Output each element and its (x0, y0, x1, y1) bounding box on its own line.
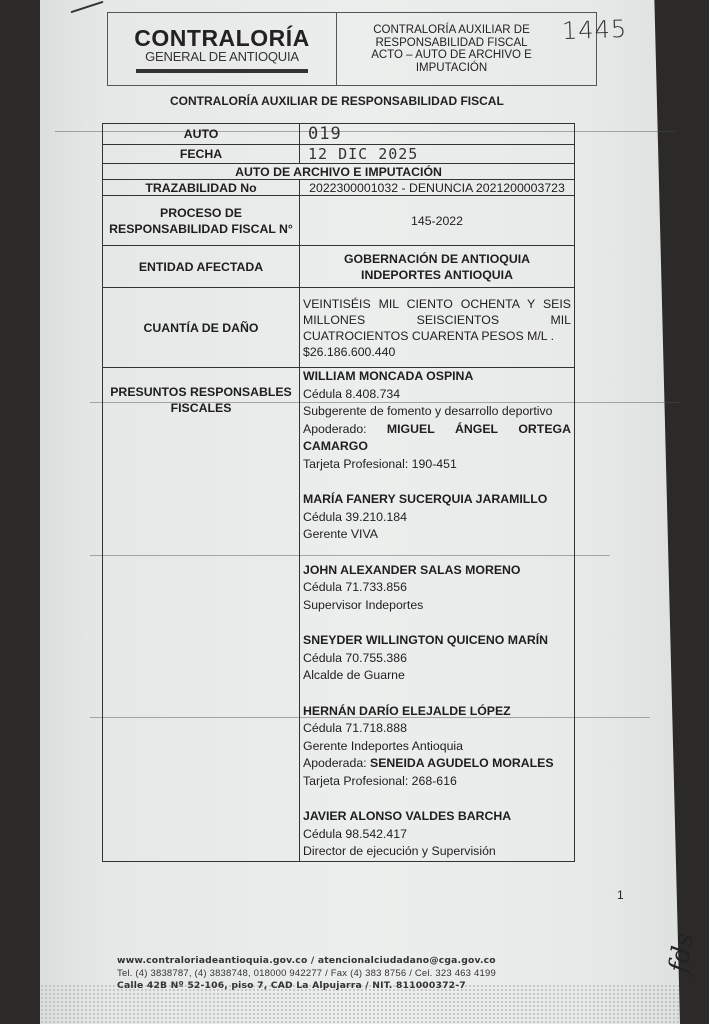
person-entry: WILLIAM MONCADA OSPINA Cédula 8.408.734 … (303, 368, 571, 473)
document-footer: www.contraloriadeantioquia.gov.co / aten… (117, 955, 496, 993)
header-title-line: ACTO – AUTO DE ARCHIVO E (371, 49, 532, 62)
person-entry: HERNÁN DARÍO ELEJALDE LÓPEZ Cédula 71.71… (303, 703, 571, 791)
person-cedula: Cédula 71.733.856 (303, 579, 571, 597)
proceso-label: PROCESO DE RESPONSABILIDAD FISCAL N° (103, 196, 300, 246)
header-title: CONTRALORÍA AUXILIAR DE RESPONSABILIDAD … (337, 13, 596, 85)
presuntos-list: WILLIAM MONCADA OSPINA Cédula 8.408.734 … (300, 368, 575, 862)
handwritten-folio-number: 1445 (562, 15, 628, 45)
footer-web-email: www.contraloriadeantioquia.gov.co / aten… (117, 955, 496, 968)
row-proceso: PROCESO DE RESPONSABILIDAD FISCAL N° 145… (103, 196, 575, 246)
apoderado-name-cont: CAMARGO (303, 438, 571, 456)
person-role: Alcalde de Guarne (303, 667, 571, 685)
person-entry: JOHN ALEXANDER SALAS MORENO Cédula 71.73… (303, 562, 571, 615)
person-tarjeta: Tarjeta Profesional: 268-616 (303, 773, 571, 791)
row-auto: AUTO 019 (103, 124, 575, 145)
person-tarjeta: Tarjeta Profesional: 190-451 (303, 456, 571, 474)
auto-number-stamp: 019 (308, 124, 342, 144)
logo-main-text: CONTRALORÍA (134, 27, 309, 49)
person-entry: JAVIER ALONSO VALDES BARCHA Cédula 98.54… (303, 808, 571, 861)
person-name: JAVIER ALONSO VALDES BARCHA (303, 808, 571, 826)
row-cuantia: CUANTÍA DE DAÑO VEINTISÉIS MIL CIENTO OC… (103, 288, 575, 368)
header-title-line: CONTRALORÍA AUXILIAR DE (373, 24, 530, 37)
person-entry: SNEYDER WILLINGTON QUICENO MARÍN Cédula … (303, 632, 571, 685)
case-info-table: AUTO 019 FECHA 12 DIC 2025 AUTO DE ARCHI… (102, 123, 575, 862)
person-role: Subgerente de fomento y desarrollo depor… (303, 403, 571, 421)
cuantia-text: VEINTISÉIS MIL CIENTO OCHENTA Y SEIS MIL… (303, 297, 571, 343)
person-name: JOHN ALEXANDER SALAS MORENO (303, 562, 571, 580)
apoderado-label: Apoderada: (303, 756, 367, 770)
person-role: Director de ejecución y Supervisión (303, 843, 571, 861)
apoderado-name: SENEIDA AGUDELO MORALES (370, 756, 554, 770)
footer-address: Calle 42B Nº 52-106, piso 7, CAD La Alpu… (117, 980, 496, 993)
logo: CONTRALORÍA GENERAL DE ANTIOQUIA (108, 13, 337, 85)
trazabilidad-value: 2022300001032 - DENUNCIA 2021200003723 (300, 180, 575, 196)
handwritten-signature: fds (664, 931, 700, 975)
header-title-line: RESPONSABILIDAD FISCAL (375, 37, 527, 50)
row-presuntos: PRESUNTOS RESPONSABLES FISCALES WILLIAM … (103, 368, 575, 862)
trazabilidad-label: TRAZABILIDAD No (103, 180, 300, 196)
cuantia-amount: $26.186.600.440 (303, 345, 395, 359)
document-header: CONTRALORÍA GENERAL DE ANTIOQUIA CONTRAL… (107, 12, 597, 86)
row-act-title: AUTO DE ARCHIVO E IMPUTACIÓN (103, 164, 575, 180)
fecha-stamp: 12 DIC 2025 (308, 145, 418, 163)
fecha-label: FECHA (103, 145, 300, 164)
person-cedula: Cédula 8.408.734 (303, 386, 571, 404)
entidad-label: ENTIDAD AFECTADA (103, 246, 300, 288)
person-apoderado: Apoderado: MIGUELÁNGELORTEGA (303, 421, 571, 439)
person-name: MARÍA FANERY SUCERQUIA JARAMILLO (303, 491, 571, 509)
person-role: Supervisor Indeportes (303, 597, 571, 615)
person-name: SNEYDER WILLINGTON QUICENO MARÍN (303, 632, 571, 650)
person-cedula: Cédula 71.718.888 (303, 720, 571, 738)
cuantia-value: VEINTISÉIS MIL CIENTO OCHENTA Y SEIS MIL… (300, 288, 575, 368)
section-title: CONTRALORÍA AUXILIAR DE RESPONSABILIDAD … (170, 94, 504, 108)
person-name: HERNÁN DARÍO ELEJALDE LÓPEZ (303, 703, 571, 721)
act-title: AUTO DE ARCHIVO E IMPUTACIÓN (103, 164, 575, 180)
person-role: Gerente Indeportes Antioquia (303, 738, 571, 756)
auto-label: AUTO (103, 124, 300, 145)
person-name: WILLIAM MONCADA OSPINA (303, 368, 571, 386)
header-title-line: IMPUTACIÓN (416, 62, 487, 75)
person-cedula: Cédula 39.210.184 (303, 509, 571, 527)
row-fecha: FECHA 12 DIC 2025 (103, 145, 575, 164)
proceso-value: 145-2022 (300, 196, 575, 246)
person-role: Gerente VIVA (303, 526, 571, 544)
apoderado-label: Apoderado: (303, 421, 367, 439)
presuntos-label: PRESUNTOS RESPONSABLES FISCALES (103, 368, 300, 862)
person-entry: MARÍA FANERY SUCERQUIA JARAMILLO Cédula … (303, 491, 571, 544)
footer-phones: Tel. (4) 3838787, (4) 3838748, 018000 94… (117, 968, 496, 981)
logo-bar (136, 69, 308, 73)
person-cedula: Cédula 98.542.417 (303, 826, 571, 844)
row-entidad: ENTIDAD AFECTADA GOBERNACIÓN DE ANTIOQUI… (103, 246, 575, 288)
entidad-value: GOBERNACIÓN DE ANTIOQUIA INDEPORTES ANTI… (300, 246, 575, 288)
row-trazabilidad: TRAZABILIDAD No 2022300001032 - DENUNCIA… (103, 180, 575, 196)
cuantia-label: CUANTÍA DE DAÑO (103, 288, 300, 368)
person-cedula: Cédula 70.755.386 (303, 650, 571, 668)
logo-sub-text: GENERAL DE ANTIOQUIA (145, 49, 299, 64)
page-number: 1 (617, 888, 624, 902)
person-apoderado: Apoderada: SENEIDA AGUDELO MORALES (303, 755, 571, 773)
